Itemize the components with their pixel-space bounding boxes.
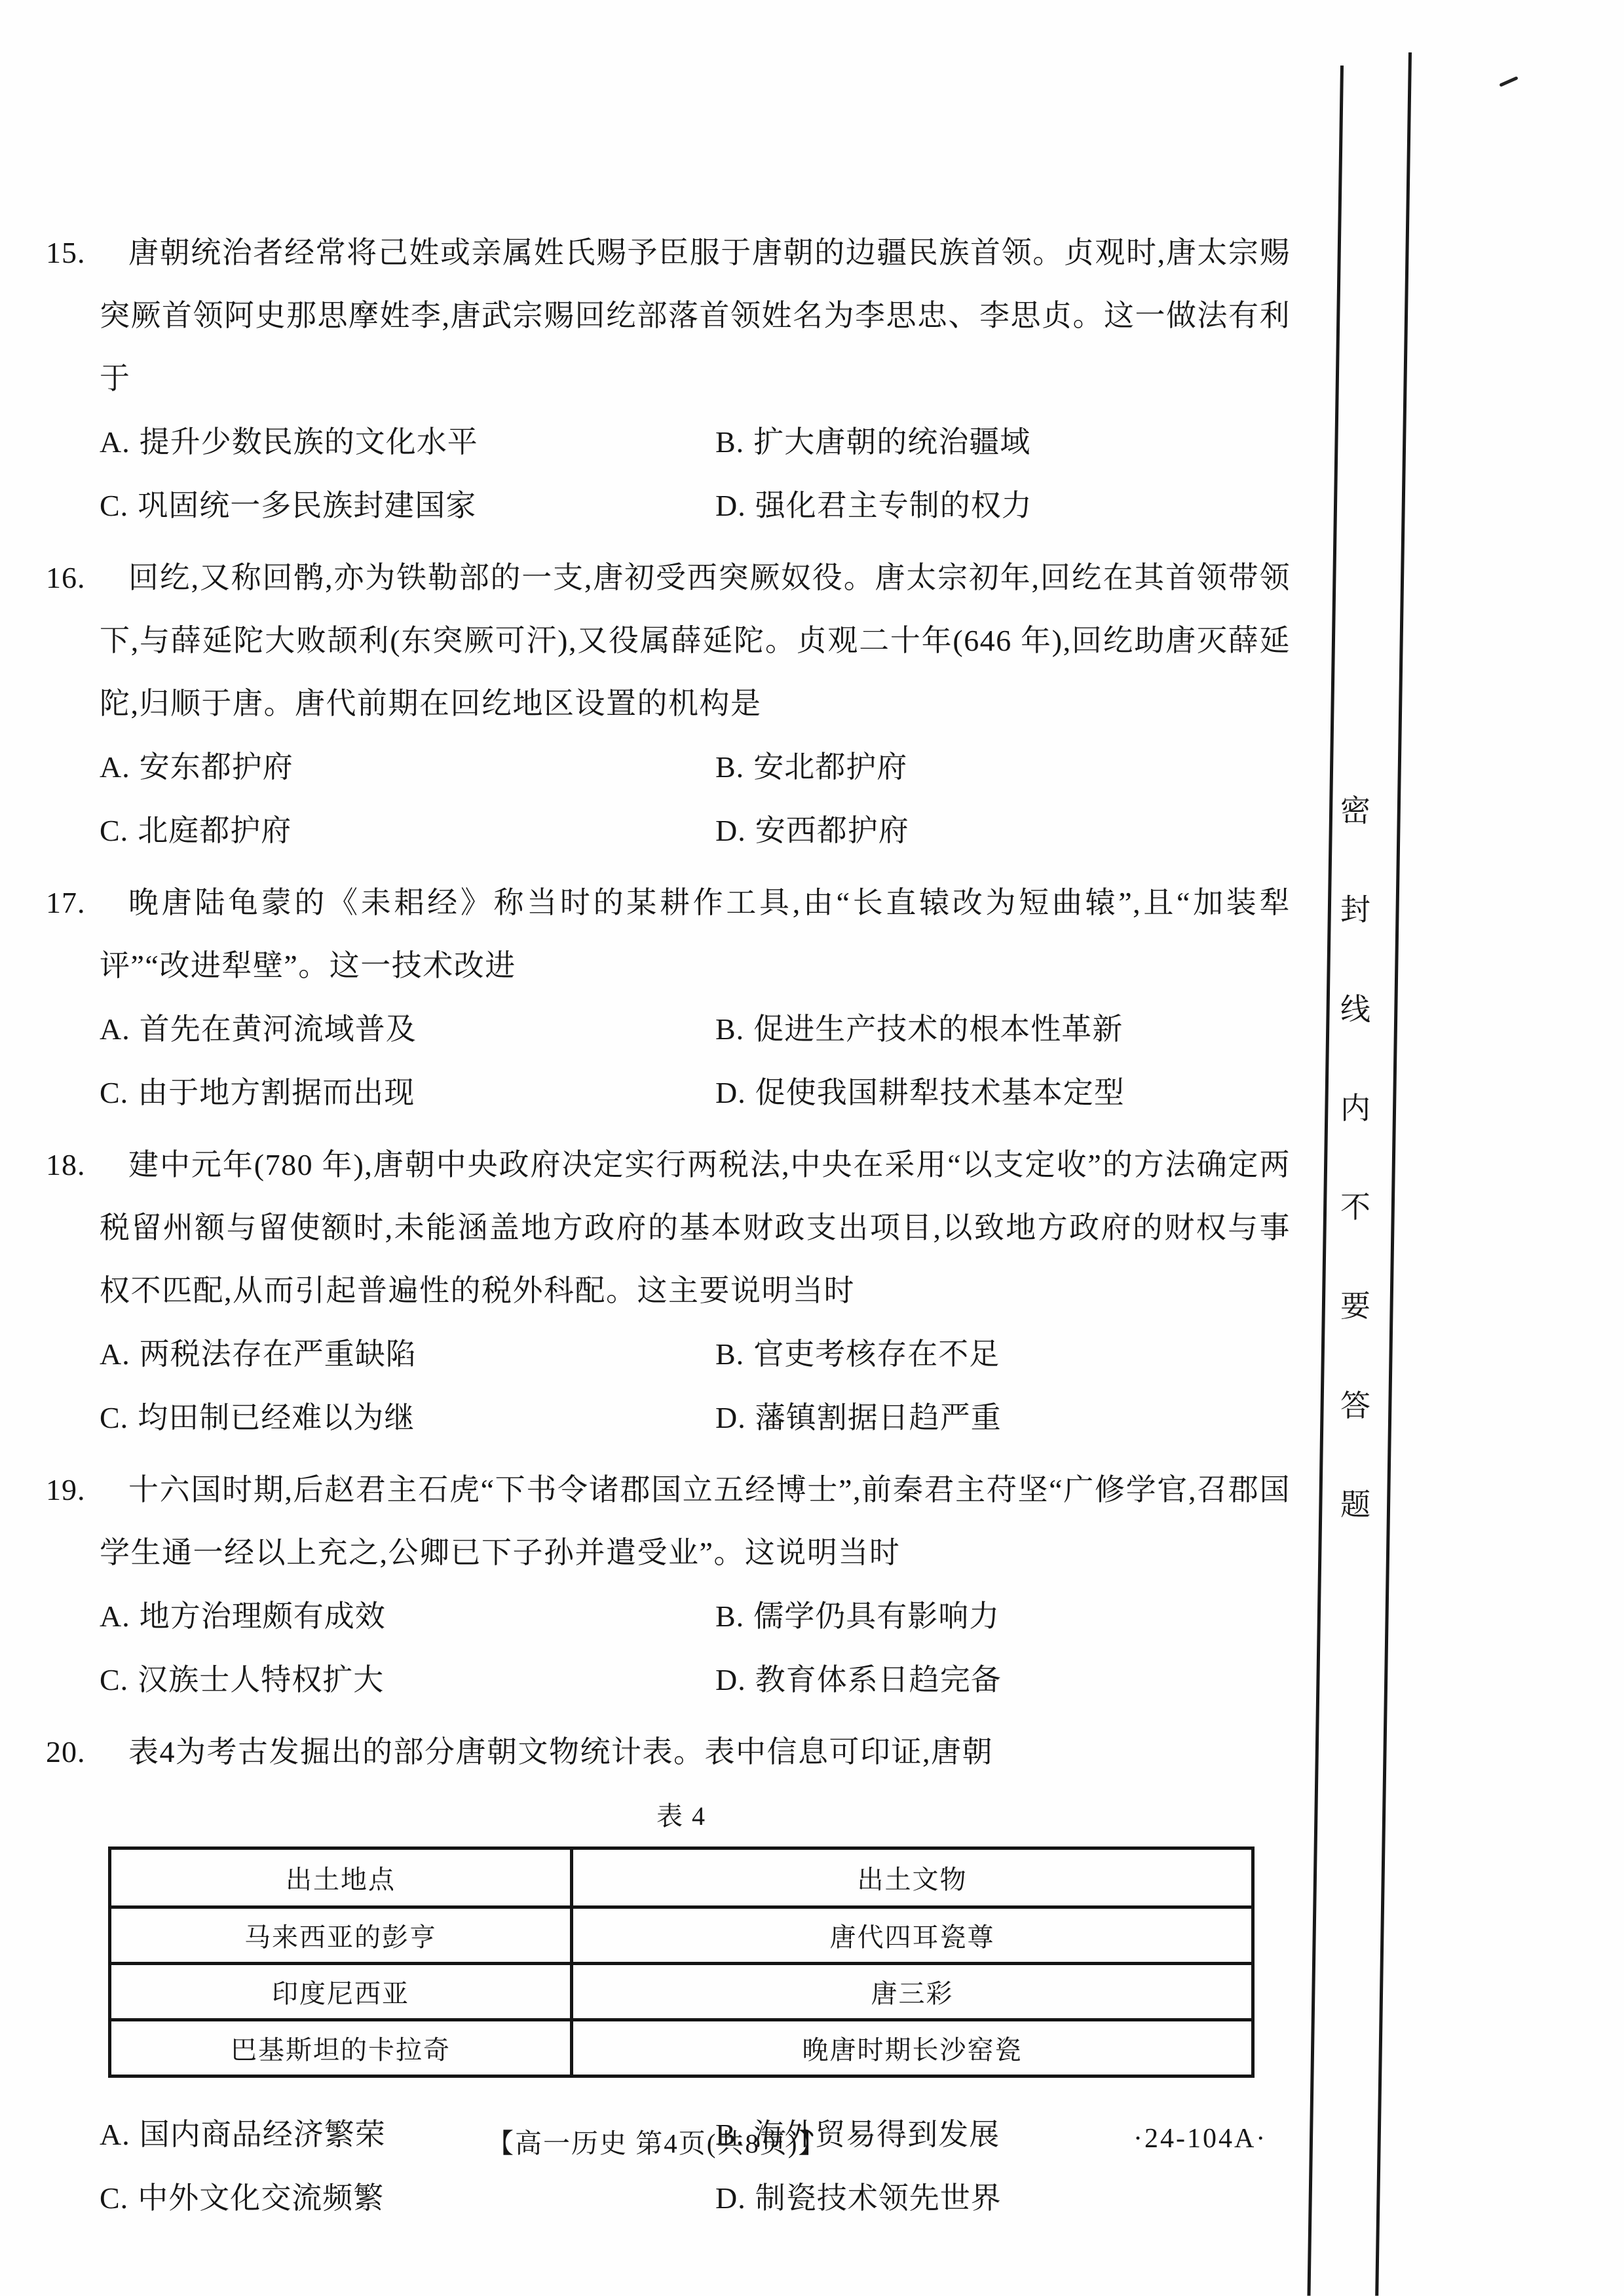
table-header-row: 出土地点 出土文物 — [110, 1848, 1253, 1907]
seal-char: 线 — [1340, 995, 1370, 1025]
table-caption: 表 4 — [108, 1798, 1255, 1835]
option-text: 安西都护府 — [755, 814, 909, 847]
option-a: A.地方治理颇有成效 — [100, 1584, 715, 1648]
table-header-cell: 出土地点 — [110, 1848, 572, 1907]
option-d: D.强化君主专制的权力 — [715, 474, 1291, 537]
option-label: C. — [100, 1663, 128, 1696]
option-label: D. — [715, 2181, 746, 2215]
option-label: A. — [100, 1337, 130, 1371]
options-row: A.提升少数民族的文化水平 B.扩大唐朝的统治疆域 C.巩固统一多民族封建国家 … — [100, 410, 1291, 537]
option-text: 由于地方割据而出现 — [138, 1076, 415, 1109]
question-stem: 晚唐陆龟蒙的《耒耜经》称当时的某耕作工具,由“长直辕改为短曲辕”,且“加装犁评”… — [100, 871, 1291, 997]
option-label: D. — [715, 1663, 746, 1696]
option-a: A.提升少数民族的文化水平 — [100, 410, 715, 474]
option-label: B. — [715, 425, 744, 459]
option-label: A. — [100, 1012, 130, 1046]
question-19: 19. 十六国时期,后赵君主石虎“下书令诸郡国立五经博士”,前秦君主苻坚“广修学… — [46, 1459, 1291, 1712]
option-text: 官吏考核存在不足 — [753, 1337, 1000, 1371]
option-text: 地方治理颇有成效 — [140, 1599, 386, 1633]
option-b: B.儒学仍具有影响力 — [715, 1584, 1291, 1648]
option-label: B. — [715, 1599, 744, 1633]
seal-char: 封 — [1340, 895, 1370, 925]
option-text: 两税法存在严重缺陷 — [140, 1337, 417, 1371]
option-text: 儒学仍具有影响力 — [753, 1599, 1000, 1633]
option-text: 扩大唐朝的统治疆域 — [753, 425, 1030, 459]
option-text: 安东都护府 — [140, 750, 293, 784]
option-b: B.扩大唐朝的统治疆域 — [715, 410, 1291, 474]
option-label: D. — [715, 1076, 746, 1109]
question-number: 16. — [46, 546, 86, 609]
question-number: 20. — [46, 1721, 86, 1784]
table-cell: 巴基斯坦的卡拉奇 — [110, 2020, 572, 2076]
options-row: A.安东都护府 B.安北都护府 C.北庭都护府 D.安西都护府 — [100, 735, 1291, 862]
option-text: 北庭都护府 — [138, 814, 292, 847]
seal-text: 密 封 线 内 不 要 答 题 — [1336, 796, 1374, 1520]
option-label: A. — [100, 425, 130, 459]
seal-char: 题 — [1340, 1490, 1370, 1520]
option-text: 强化君主专制的权力 — [755, 489, 1032, 522]
option-a: A.安东都护府 — [100, 735, 715, 799]
table-row: 马来西亚的彭亨 唐代四耳瓷尊 — [110, 1907, 1253, 1964]
option-text: 藩镇割据日趋严重 — [755, 1401, 1002, 1434]
option-label: D. — [715, 489, 746, 522]
question-number: 19. — [46, 1459, 86, 1521]
option-label: C. — [100, 2181, 128, 2215]
table-row: 巴基斯坦的卡拉奇 晚唐时期长沙窑瓷 — [110, 2020, 1253, 2076]
exam-page: 15. 唐朝统治者经常将己姓或亲属姓氏赐予臣服于唐朝的边疆民族首领。贞观时,唐太… — [0, 0, 1624, 2296]
seal-char: 内 — [1340, 1094, 1370, 1124]
option-text: 汉族士人特权扩大 — [138, 1663, 384, 1696]
question-stem: 表4为考古发掘出的部分唐朝文物统计表。表中信息可印证,唐朝 — [100, 1721, 1291, 1784]
question-number: 18. — [46, 1134, 86, 1196]
scan-stray-mark — [1499, 76, 1518, 87]
option-text: 首先在黄河流域普及 — [140, 1012, 417, 1046]
option-text: 巩固统一多民族封建国家 — [138, 489, 476, 522]
seal-char: 密 — [1340, 796, 1370, 826]
option-label: D. — [715, 1401, 746, 1434]
artifact-table: 出土地点 出土文物 马来西亚的彭亨 唐代四耳瓷尊 印度尼西亚 唐三彩 巴基斯坦的… — [108, 1846, 1255, 2078]
option-d: D.制瓷技术领先世界 — [715, 2166, 1291, 2230]
question-stem: 回纥,又称回鹘,亦为铁勒部的一支,唐初受西突厥奴役。唐太宗初年,回纥在其首领带领… — [100, 546, 1291, 735]
option-c: C.巩固统一多民族封建国家 — [100, 474, 715, 537]
option-d: D.安西都护府 — [715, 799, 1291, 862]
question-18: 18. 建中元年(780 年),唐朝中央政府决定实行两税法,中央在采用“以支定收… — [46, 1134, 1291, 1449]
option-d: D.教育体系日趋完备 — [715, 1648, 1291, 1712]
option-b: B.官吏考核存在不足 — [715, 1322, 1291, 1386]
option-label: C. — [100, 489, 128, 522]
option-label: B. — [715, 1012, 744, 1046]
option-c: C.北庭都护府 — [100, 799, 715, 862]
options-row: A.首先在黄河流域普及 B.促进生产技术的根本性革新 C.由于地方割据而出现 D… — [100, 997, 1291, 1124]
option-d: D.促使我国耕犁技术基本定型 — [715, 1061, 1291, 1124]
option-c: C.均田制已经难以为继 — [100, 1386, 715, 1449]
option-label: C. — [100, 814, 128, 847]
option-label: C. — [100, 1401, 128, 1434]
question-stem: 十六国时期,后赵君主石虎“下书令诸郡国立五经博士”,前秦君主苻坚“广修学官,召郡… — [100, 1459, 1291, 1584]
question-stem: 建中元年(780 年),唐朝中央政府决定实行两税法,中央在采用“以支定收”的方法… — [100, 1134, 1291, 1322]
option-b: B.促进生产技术的根本性革新 — [715, 997, 1291, 1061]
option-c: C.中外文化交流频繁 — [100, 2166, 715, 2230]
table-row: 印度尼西亚 唐三彩 — [110, 1964, 1253, 2020]
options-row: A.两税法存在严重缺陷 B.官吏考核存在不足 C.均田制已经难以为继 D.藩镇割… — [100, 1322, 1291, 1449]
option-text: 促使我国耕犁技术基本定型 — [755, 1076, 1125, 1109]
options-row: A.地方治理颇有成效 B.儒学仍具有影响力 C.汉族士人特权扩大 D.教育体系日… — [100, 1584, 1291, 1712]
option-c: C.汉族士人特权扩大 — [100, 1648, 715, 1712]
footer-page-info: 【高一历史 第4页(共8页)】 — [487, 2122, 827, 2160]
option-label: D. — [715, 814, 746, 847]
option-b: B.安北都护府 — [715, 735, 1291, 799]
option-label: A. — [100, 2118, 130, 2151]
option-text: 国内商品经济繁荣 — [140, 2118, 386, 2151]
option-d: D.藩镇割据日趋严重 — [715, 1386, 1291, 1449]
question-area: 15. 唐朝统治者经常将己姓或亲属姓氏赐予臣服于唐朝的边疆民族首领。贞观时,唐太… — [46, 221, 1291, 2239]
option-a: A.两税法存在严重缺陷 — [100, 1322, 715, 1386]
seal-char: 答 — [1340, 1391, 1370, 1421]
option-text: 提升少数民族的文化水平 — [140, 425, 478, 459]
option-label: C. — [100, 1076, 128, 1109]
table-cell: 马来西亚的彭亨 — [110, 1907, 572, 1964]
question-17: 17. 晚唐陆龟蒙的《耒耜经》称当时的某耕作工具,由“长直辕改为短曲辕”,且“加… — [46, 871, 1291, 1124]
option-text: 中外文化交流频繁 — [138, 2181, 384, 2215]
table-cell: 晚唐时期长沙窑瓷 — [572, 2020, 1253, 2076]
option-label: B. — [715, 1337, 744, 1371]
option-text: 教育体系日趋完备 — [755, 1663, 1002, 1696]
table-cell: 印度尼西亚 — [110, 1964, 572, 2020]
seal-char: 要 — [1340, 1291, 1370, 1322]
option-text: 均田制已经难以为继 — [138, 1401, 415, 1434]
question-number: 17. — [46, 871, 86, 934]
table-cell: 唐代四耳瓷尊 — [572, 1907, 1253, 1964]
option-a: A.首先在黄河流域普及 — [100, 997, 715, 1061]
option-label: A. — [100, 1599, 130, 1633]
option-c: C.由于地方割据而出现 — [100, 1061, 715, 1124]
seal-char: 不 — [1340, 1193, 1370, 1223]
table-header-cell: 出土文物 — [572, 1848, 1253, 1907]
option-text: 安北都护府 — [753, 750, 907, 784]
option-text: 促进生产技术的根本性革新 — [753, 1012, 1123, 1046]
seal-line-outer — [1375, 52, 1412, 2296]
option-text: 制瓷技术领先世界 — [755, 2181, 1002, 2215]
table-cell: 唐三彩 — [572, 1964, 1253, 2020]
question-number: 15. — [46, 221, 86, 284]
question-15: 15. 唐朝统治者经常将己姓或亲属姓氏赐予臣服于唐朝的边疆民族首领。贞观时,唐太… — [46, 221, 1291, 537]
question-16: 16. 回纥,又称回鹘,亦为铁勒部的一支,唐初受西突厥奴役。唐太宗初年,回纥在其… — [46, 546, 1291, 862]
option-label: A. — [100, 750, 130, 784]
option-label: B. — [715, 750, 744, 784]
question-stem: 唐朝统治者经常将己姓或亲属姓氏赐予臣服于唐朝的边疆民族首领。贞观时,唐太宗赐突厥… — [100, 221, 1291, 410]
footer-paper-code: ·24-104A· — [1133, 2123, 1267, 2154]
